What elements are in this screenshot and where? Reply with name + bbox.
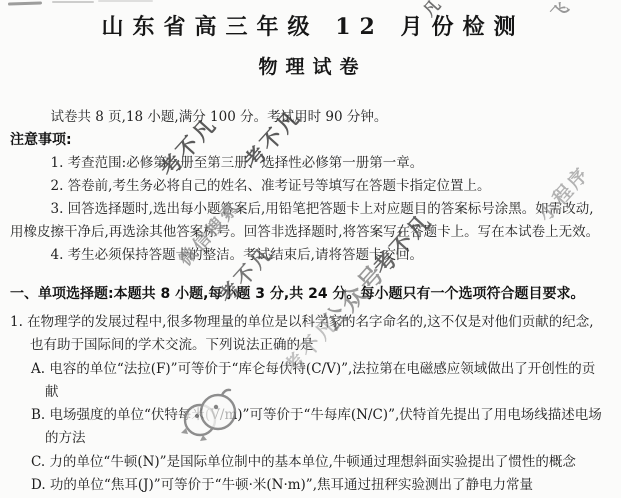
page-title: 山东省高三年级 12 月份检测 bbox=[10, 10, 607, 41]
notice-item-2: 2. 答卷前,考生务必将自己的姓名、准考证号等填写在答题卡指定位置上。 bbox=[10, 175, 607, 198]
exam-info-line: 试卷共 8 页,18 小题,满分 100 分。考试用时 90 分钟。 bbox=[10, 106, 607, 129]
question-1-option-d: D. 功的单位“焦耳(J)”可等价于“牛顿·米(N·m)”,焦耳通过扭秤实验测出… bbox=[31, 474, 607, 497]
scan-artifact bbox=[52, 1, 94, 3]
chick-eye bbox=[214, 405, 218, 409]
notice-section: 注意事项: 1. 考查范围:必修第一册至第三册、选择性必修第一册第一章。 2. … bbox=[10, 129, 607, 267]
notice-heading: 注意事项: bbox=[10, 129, 607, 152]
page-content: 山东省高三年级 12 月份检测 物理试卷 试卷共 8 页,18 小题,满分 10… bbox=[0, 0, 621, 497]
question-1-stem: 1. 在物理学的发展过程中,很多物理量的单位是以科学家的名字命名的,这不仅是对他… bbox=[10, 311, 607, 358]
section-heading: 一、单项选择题:本题共 8 小题,每小题 3 分,共 24 分。每小题只有一个选… bbox=[10, 283, 607, 306]
page-subtitle: 物理试卷 bbox=[10, 52, 607, 79]
notice-item-4: 4. 考生必须保持答题卡的整洁。考试结束后,请将答题卡交回。 bbox=[10, 244, 607, 267]
chick-logo-watermark bbox=[178, 388, 240, 444]
notice-item-3: 3. 回答选择题时,选出每小题答案后,用铅笔把答题卡上对应题目的答案标号涂黑。如… bbox=[10, 198, 607, 244]
chick-eye bbox=[195, 414, 199, 418]
question-1-option-a: A. 电容的单位“法拉(F)”可等价于“库仑每伏特(C/V)”,法拉第在电磁感应… bbox=[31, 358, 607, 405]
question-1-option-b: B. 电场强度的单位“伏特每米(V/m)”可等价于“牛每库(N/C)”,伏特首先… bbox=[31, 404, 607, 451]
exam-paper-page: 考不凡考不凡微信搜索小程序考不凡公众号考不凡考不凡凡飞 山东省高三年级 12 月… bbox=[0, 0, 621, 498]
notice-item-1: 1. 考查范围:必修第一册至第三册、选择性必修第一册第一章。 bbox=[10, 152, 607, 175]
scan-artifact bbox=[98, 0, 153, 2]
question-1-option-c: C. 力的单位“牛顿(N)”是国际单位制中的基本单位,牛顿通过理想斜面实验提出了… bbox=[31, 451, 607, 474]
question-1: 1. 在物理学的发展过程中,很多物理量的单位是以科学家的名字命名的,这不仅是对他… bbox=[10, 311, 607, 497]
